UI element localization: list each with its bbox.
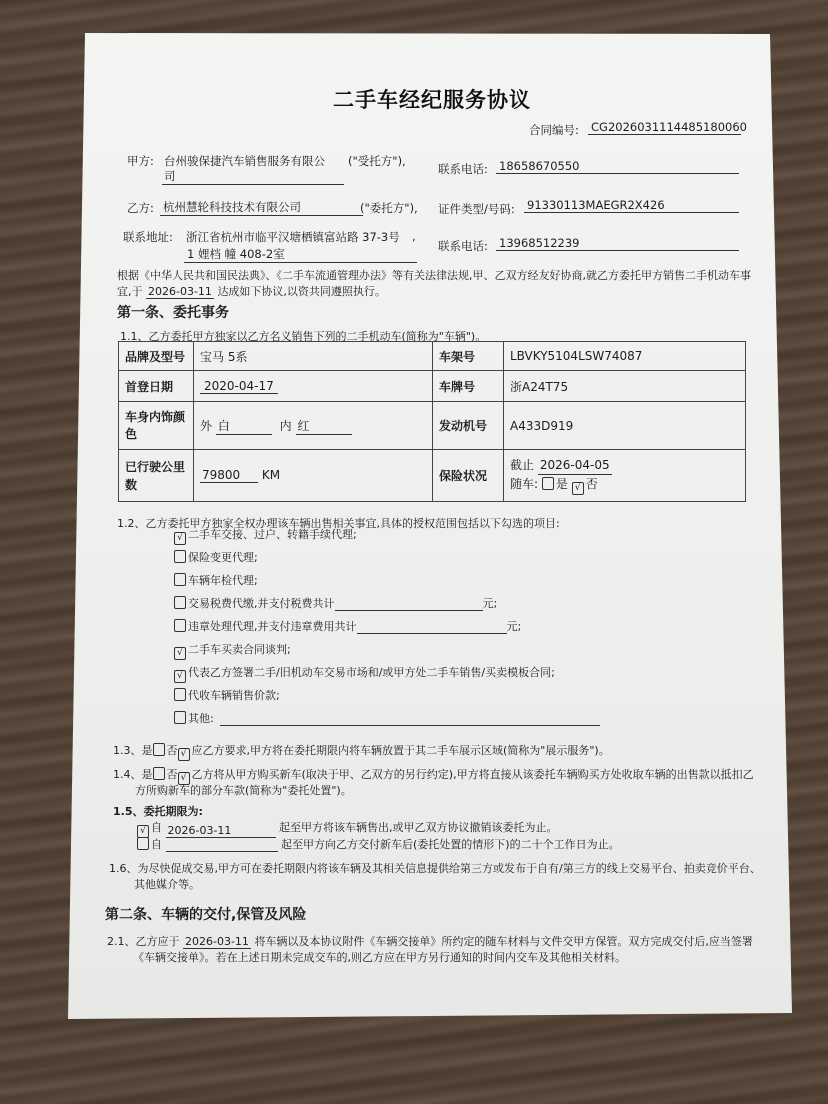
preamble-line2-suffix: 达成如下协议,以资共同遵照执行。	[217, 285, 386, 298]
party-b-role: ("委托方"),	[360, 200, 418, 216]
authorization-label: 交易税费代缴,并支付税费共计	[188, 597, 335, 610]
mileage-label-line1: 已行驶公里	[125, 460, 185, 474]
clause-number: 1.3、	[113, 744, 142, 757]
mileage-cell: 79800 KM	[194, 450, 433, 502]
clause-2-1-prefix: 2.1、乙方应于	[107, 935, 180, 948]
clause-2-1-line2: 《车辆交接单》。若在上述日期未完成交车的,则乙方应在甲方另行通知的时间内交车及其…	[133, 949, 626, 965]
plate-value: 浙A24T75	[504, 371, 746, 402]
interior-color: 红	[296, 417, 352, 435]
authorization-item: √二手车买卖合同谈判;	[174, 641, 291, 660]
clause-number: 1.4、	[113, 768, 142, 781]
authorization-checkbox[interactable]	[174, 550, 186, 563]
term-from-label: 自	[151, 838, 162, 851]
clause-text-line1: 乙方将从甲方购买新车(取决于甲、乙双方的另行约定),甲方将直接从该委托车辆购买方…	[192, 768, 754, 781]
brand-value: 宝马 5系	[194, 342, 433, 371]
with-car-no-label: 否	[586, 477, 598, 491]
party-b-id-label: 证件类型/号码:	[438, 201, 515, 217]
clause-text: 应乙方要求,甲方将在委托期限内将车辆放置于其二手车展示区域(简称为"展示服务")…	[192, 744, 610, 757]
party-a-name-line2: 司	[162, 168, 344, 185]
mileage-unit: KM	[262, 468, 280, 482]
authorization-label: 保险变更代理;	[188, 551, 258, 564]
party-a-name-line1: 台州骏保捷汽车销售服务有限公	[164, 153, 325, 169]
party-b-address-line1: 浙江省杭州市临平汉塘栖镇富站路 37-3号	[186, 229, 400, 245]
authorization-checkbox[interactable]	[174, 573, 186, 586]
party-b-phone: 13968512239	[496, 236, 739, 251]
agreement-date: 2026-03-11	[146, 285, 214, 299]
insurance-label: 保险状况	[433, 450, 504, 502]
other-blank[interactable]	[220, 713, 600, 726]
engine-value: A433D919	[504, 402, 746, 450]
party-b-address-label: 联系地址:	[123, 229, 173, 245]
authorization-label: 违章处理代理,并支付违章费用共计	[188, 620, 357, 633]
preamble-line1: 根据《中华人民共和国民法典》、《二手车流通管理办法》等有关法律法规,甲、乙双方经…	[117, 267, 751, 283]
party-b-phone-label: 联系电话:	[438, 238, 488, 254]
yes-label: 是	[142, 744, 153, 757]
table-row: 已行驶公里 数 79800 KM 保险状况 截止 2026-04-05 随车: …	[119, 450, 746, 502]
violation-amount-blank[interactable]	[357, 621, 507, 634]
term-option-2-date[interactable]	[166, 838, 278, 852]
party-a-phone-label: 联系电话:	[438, 161, 488, 177]
table-row: 品牌及型号 宝马 5系 车架号 LBVKY5104LSW74087	[119, 342, 746, 371]
yes-label: 是	[142, 768, 153, 781]
authorization-item: 代收车辆销售价款;	[174, 687, 280, 703]
interior-prefix: 内	[280, 419, 292, 433]
reg-date-value: 2020-04-17	[200, 379, 278, 394]
authorization-label: 二手车交接、过户、转籍手续代理;	[188, 528, 357, 541]
party-b-address-line2: 1 娌档 幢 408-2室	[184, 246, 417, 263]
with-car-yes-checkbox[interactable]	[542, 477, 554, 490]
clause-1-6-line2: 其他媒介等。	[134, 876, 200, 892]
color-label: 车身内饰颜 色	[119, 402, 194, 450]
term-option-2: 自 起至甲方向乙方交付新车后(委托处置的情形下)的二十个工作日为止。	[137, 836, 620, 852]
vin-label: 车架号	[433, 342, 504, 371]
authorization-checkbox[interactable]	[174, 596, 186, 609]
clause-1-6-line1: 1.6、为尽快促成交易,甲方可在委托期限内将该车辆及其相关信息提供给第三方或发布…	[109, 860, 761, 876]
brand-label: 品牌及型号	[119, 342, 194, 371]
table-row: 车身内饰颜 色 外 白 内 红 发动机号 A433D919	[119, 402, 746, 450]
clause-1-4-yes-checkbox[interactable]	[153, 767, 165, 780]
exterior-color: 白	[216, 417, 272, 435]
color-cell: 外 白 内 红	[194, 402, 433, 450]
authorization-checkbox[interactable]: √	[174, 647, 186, 660]
clause-1-3-no-checkbox[interactable]: √	[178, 748, 190, 761]
authorization-item: 违章处理代理,并支付违章费用共计元;	[174, 618, 521, 634]
authorization-label: 代表乙方签署二手/旧机动车交易市场和/或甲方处二手车销售/买卖模板合同;	[188, 666, 555, 679]
authorization-label: 其他:	[188, 712, 214, 725]
authorization-item: 交易税费代缴,并支付税费共计元;	[174, 595, 497, 611]
party-b-name: 杭州慧轮科技技术有限公司	[160, 199, 363, 216]
mileage-label: 已行驶公里 数	[119, 450, 194, 502]
insurance-until-date: 2026-04-05	[538, 456, 612, 475]
reg-date-label: 首登日期	[119, 371, 194, 402]
authorization-label: 代收车辆销售价款;	[188, 689, 280, 702]
mileage-label-line2: 数	[125, 478, 137, 492]
with-car-no-checkbox[interactable]: √	[572, 482, 584, 495]
insurance-until-prefix: 截止	[510, 458, 534, 472]
reg-date-cell: 2020-04-17	[194, 371, 433, 402]
insurance-cell: 截止 2026-04-05 随车: 是 √否	[504, 450, 746, 502]
clause-2-1-text: 将车辆以及本协议附件《车辆交接单》所约定的随车材料与文件交甲方保管。双方完成交付…	[254, 935, 753, 948]
authorization-checkbox[interactable]	[174, 619, 186, 632]
document-title: 二手车经纪服务协议	[333, 84, 531, 114]
mileage-value: 79800	[200, 468, 258, 483]
authorization-item: √代表乙方签署二手/旧机动车交易市场和/或甲方处二手车销售/买卖模板合同;	[174, 664, 555, 683]
table-row: 首登日期 2020-04-17 车牌号 浙A24T75	[119, 371, 746, 402]
plate-label: 车牌号	[433, 371, 504, 402]
clause-1-4-line2: 方所购新车的部分车款(简称为"委托处置")。	[135, 782, 352, 798]
with-car-yes-label: 是	[556, 477, 568, 491]
party-a-role: ("受托方"),	[348, 153, 406, 169]
term-option-2-text: 起至甲方向乙方交付新车后(委托处置的情形下)的二十个工作日为止。	[281, 838, 620, 851]
party-a-phone: 18658670550	[496, 159, 739, 174]
preamble-line2: 宜,于 2026-03-11 达成如下协议,以资共同遵照执行。	[117, 283, 386, 299]
vehicle-info-table: 品牌及型号 宝马 5系 车架号 LBVKY5104LSW74087 首登日期 2…	[118, 341, 746, 502]
color-label-line1: 车身内饰颜	[125, 410, 185, 424]
party-a-label: 甲方:	[127, 153, 154, 169]
party-b-id-number: 91330113MAEGR2X426	[524, 198, 739, 213]
authorization-item: √二手车交接、过户、转籍手续代理;	[174, 526, 357, 545]
contract-number-value: CG2026031114485180060	[588, 120, 741, 135]
authorization-label: 二手车买卖合同谈判;	[188, 643, 291, 656]
no-label: 否	[167, 744, 178, 757]
color-label-line2: 色	[125, 427, 137, 441]
authorization-checkbox[interactable]: √	[174, 670, 186, 683]
authorization-checkbox[interactable]: √	[174, 532, 186, 545]
exterior-prefix: 外	[200, 419, 212, 433]
delivery-date: 2026-03-11	[183, 935, 251, 949]
authorization-item: 车辆年检代理;	[174, 572, 258, 588]
no-label: 否	[167, 768, 178, 781]
section1-heading: 第一条、委托事务	[117, 302, 229, 322]
term-option-2-checkbox[interactable]	[137, 837, 149, 850]
with-car-label: 随车:	[510, 477, 538, 491]
clause-1-5-heading: 1.5、委托期限为:	[113, 803, 203, 819]
term-option-1-text: 起至甲方将该车辆售出,或甲乙双方协议撤销该委托为止。	[279, 821, 558, 834]
clause-2-1-line1: 2.1、乙方应于 2026-03-11 将车辆以及本协议附件《车辆交接单》所约定…	[107, 933, 753, 949]
clause-1-3-yes-checkbox[interactable]	[153, 743, 165, 756]
term-from-label: 自	[151, 821, 162, 834]
party-b-address-comma: ,	[412, 229, 416, 243]
currency-suffix: 元;	[507, 620, 522, 633]
preamble-line2-prefix: 宜,于	[117, 285, 143, 298]
party-b-label: 乙方:	[127, 200, 154, 216]
authorization-checkbox[interactable]	[174, 688, 186, 701]
authorization-item: 其他:	[174, 710, 600, 726]
authorization-item: 保险变更代理;	[174, 549, 258, 565]
currency-suffix: 元;	[483, 597, 498, 610]
contract-number-label: 合同编号:	[529, 122, 579, 138]
tax-amount-blank[interactable]	[335, 598, 483, 611]
section2-heading: 第二条、车辆的交付,保管及风险	[105, 904, 306, 924]
clause-1-3: 1.3、是否√应乙方要求,甲方将在委托期限内将车辆放置于其二手车展示区域(简称为…	[113, 742, 610, 761]
authorization-checkbox[interactable]	[174, 711, 186, 724]
vin-value: LBVKY5104LSW74087	[504, 342, 746, 371]
engine-label: 发动机号	[433, 402, 504, 450]
authorization-label: 车辆年检代理;	[188, 574, 258, 587]
